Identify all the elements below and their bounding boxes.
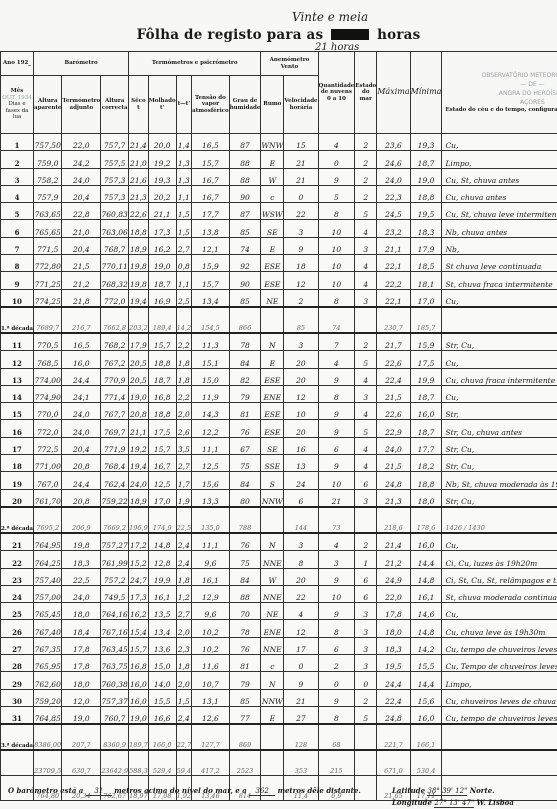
- cell-molh: 16,1: [148, 585, 176, 602]
- cell-alt: 765,65: [34, 220, 62, 237]
- cell-min: 16,0: [410, 533, 442, 551]
- cell-term: 18,4: [62, 620, 101, 637]
- cell-mar: 2: [355, 151, 377, 168]
- observation-cell: Cu,: [442, 385, 557, 402]
- cell-hum: 78: [229, 620, 261, 637]
- cell-diff: 1,8: [176, 655, 191, 672]
- cell-rumo: ESE: [261, 255, 284, 272]
- cell-corr: 760,38: [101, 672, 129, 689]
- cell-molh: 16,8: [148, 385, 176, 402]
- cell-alt: 772,5: [34, 437, 62, 454]
- cell-min: 15,5: [410, 655, 442, 672]
- cell-corr: 771,9: [101, 437, 129, 454]
- cell-diff: 1,8: [176, 351, 191, 368]
- cell-rumo: NNE: [261, 551, 284, 568]
- cell-rumo: WNW: [261, 134, 284, 151]
- cell-term: 20,4: [62, 437, 101, 454]
- cell-alt: 764,95: [34, 533, 62, 551]
- cell-term: 216,7: [62, 307, 101, 333]
- cell-term: 12,0: [62, 689, 101, 706]
- cell-mar: 4: [355, 255, 377, 272]
- cell-diff: 2,7: [176, 603, 191, 620]
- cell-min: 18,7: [410, 385, 442, 402]
- cell-term: 19,8: [62, 533, 101, 551]
- cell-corr: 757,3: [101, 185, 129, 202]
- day-cell: 17: [1, 437, 34, 454]
- cell-vel: 20: [284, 568, 318, 585]
- cell-corr: 770,11: [101, 255, 129, 272]
- cell-corr: 769,7: [101, 420, 129, 437]
- cell-corr: 762,4: [101, 472, 129, 489]
- cell-min: 18,7: [410, 420, 442, 437]
- observation-cell: Cu, chuva antes: [442, 185, 557, 202]
- cell-corr: 761,99: [101, 551, 129, 568]
- cell-tens: 127,7: [192, 724, 230, 750]
- cell-diff: 1,1: [176, 185, 191, 202]
- cell-hum: 85: [229, 220, 261, 237]
- table-row: 29762,6018,0760,3816,014,02,010,779N9002…: [1, 672, 557, 689]
- cell-tens: 15,1: [192, 351, 230, 368]
- observation-cell: Str, Cu,: [442, 437, 557, 454]
- cell-corr: 770,9: [101, 368, 129, 385]
- cell-hum: 77: [229, 706, 261, 724]
- cell-tens: 14,3: [192, 403, 230, 420]
- cell-hum: 81: [229, 403, 261, 420]
- cell-molh: 14,0: [148, 672, 176, 689]
- cell-alt: 7689,7: [34, 307, 62, 333]
- cell-term: 19,0: [62, 706, 101, 724]
- cell-alt: 757,00: [34, 585, 62, 602]
- observation-cell: Cu, chuva leve às 19h30m: [442, 620, 557, 637]
- cell-diff: 2,2: [176, 333, 191, 351]
- cell-diff: 22,7: [176, 724, 191, 750]
- cell-corr: 757,7: [101, 134, 129, 151]
- cell-diff: 1,5: [176, 220, 191, 237]
- cell-tens: 417,2: [192, 750, 230, 776]
- table-row: 15770,024,0767,720,818,82,014,381ESE1094…: [1, 403, 557, 420]
- col-mes: MêsOUT. 1934Dias e fases da lua: [1, 76, 34, 134]
- cell-mar: 5: [355, 203, 377, 220]
- cell-hum: 85: [229, 289, 261, 307]
- cell-corr: 772,0: [101, 289, 129, 307]
- table-row: 14774,9024,1771,419,016,82,211,979ENE128…: [1, 385, 557, 402]
- cell-hum: 90: [229, 185, 261, 202]
- cell-rumo: WSW: [261, 203, 284, 220]
- cell-max: 21,1: [377, 237, 410, 254]
- cell-nuv: 6: [318, 637, 355, 654]
- cell-mar: 6: [355, 568, 377, 585]
- cell-nuv: 0: [318, 151, 355, 168]
- cell-term: 16,0: [62, 351, 101, 368]
- cell-vel: 6: [284, 489, 318, 507]
- cell-mar: [355, 507, 377, 533]
- cell-alt: 767,35: [34, 637, 62, 654]
- cell-tens: 13,4: [192, 289, 230, 307]
- cell-term: 22,0: [62, 134, 101, 151]
- cell-mar: 0: [355, 672, 377, 689]
- observation-cell: Str,: [442, 403, 557, 420]
- cell-mar: 2: [355, 185, 377, 202]
- cell-rumo: [261, 507, 284, 533]
- cell-rumo: E: [261, 351, 284, 368]
- cell-alt: 772,80: [34, 255, 62, 272]
- day-cell: 1: [1, 134, 34, 151]
- cell-tens: 11,3: [192, 333, 230, 351]
- cell-seco: 19,4: [129, 455, 149, 472]
- cell-nuv: 10: [318, 472, 355, 489]
- cell-max: 22,2: [377, 272, 410, 289]
- cell-nuv: 8: [318, 385, 355, 402]
- cell-vel: 17: [284, 637, 318, 654]
- day-cell: 27: [1, 637, 34, 654]
- cell-seco: 22,6: [129, 203, 149, 220]
- table-row: 8772,8021,5770,1119,819,00,815,992ESE181…: [1, 255, 557, 272]
- cell-mar: 3: [355, 655, 377, 672]
- col-observacoes: OBSERVATÓRIO METEOROLÓGICO— DE —ANGRA DO…: [442, 52, 557, 134]
- cell-max: 21,7: [377, 333, 410, 351]
- cell-vel: 9: [284, 237, 318, 254]
- cell-max: 22,9: [377, 420, 410, 437]
- cell-rumo: [261, 724, 284, 750]
- cell-term: 21,0: [62, 220, 101, 237]
- observation-cell: Str, Cu,: [442, 455, 557, 472]
- day-cell: 15: [1, 403, 34, 420]
- cell-rumo: ENE: [261, 620, 284, 637]
- cell-corr: 759,22: [101, 489, 129, 507]
- cell-corr: 763,45: [101, 637, 129, 654]
- cell-min: 166,1: [410, 724, 442, 750]
- table-row: 7771,520,4768,718,916,22,712,174E910321,…: [1, 237, 557, 254]
- cell-corr: 767,2: [101, 351, 129, 368]
- cell-tens: 13,8: [192, 220, 230, 237]
- cell-max: 24,0: [377, 168, 410, 185]
- cell-molh: 18,7: [148, 272, 176, 289]
- cell-diff: 14,2: [176, 307, 191, 333]
- cell-hum: 67: [229, 437, 261, 454]
- observation-cell: Cu, chuveiros leves de chuva: [442, 689, 557, 706]
- cell-hum: 76: [229, 533, 261, 551]
- table-row: 26767,4018,4767,1615,413,42,010,278ENE12…: [1, 620, 557, 637]
- cell-max: 22,0: [377, 585, 410, 602]
- coordinates: Latitude 38° 39' 12" Norte. Longitude 27…: [392, 786, 514, 808]
- cell-nuv: 6: [318, 437, 355, 454]
- cell-nuv: 3: [318, 551, 355, 568]
- observation-cell: Limpo,: [442, 672, 557, 689]
- cell-mar: 3: [355, 637, 377, 654]
- cell-alt: 771,5: [34, 237, 62, 254]
- cell-max: 21,3: [377, 489, 410, 507]
- table-row: 6765,6521,0763,0618,817,31,513,885SE3104…: [1, 220, 557, 237]
- observation-cell: Nb,: [442, 237, 557, 254]
- cell-alt: 23709,5: [34, 750, 62, 776]
- cell-tens: 154,5: [192, 307, 230, 333]
- cell-molh: 18,7: [148, 368, 176, 385]
- cell-mar: 2: [355, 168, 377, 185]
- cell-max: 24,9: [377, 568, 410, 585]
- cell-molh: 166,0: [148, 724, 176, 750]
- cell-term: 16,5: [62, 333, 101, 351]
- cell-diff: 2,5: [176, 289, 191, 307]
- cell-hum: 87: [229, 203, 261, 220]
- cell-alt: 764,25: [34, 551, 62, 568]
- cell-seco: 21,4: [129, 134, 149, 151]
- cell-rumo: NNW: [261, 689, 284, 706]
- cell-nuv: 10: [318, 585, 355, 602]
- register-body: 1757,5022,0757,721,420,01,416,587WNW1542…: [1, 134, 557, 801]
- cell-max: 17,8: [377, 603, 410, 620]
- cell-corr: 768,32: [101, 272, 129, 289]
- day-cell: 20: [1, 489, 34, 507]
- cell-term: 22,8: [62, 203, 101, 220]
- cell-tens: 11,6: [192, 655, 230, 672]
- cell-vel: 20: [284, 351, 318, 368]
- cell-alt: 757,9: [34, 185, 62, 202]
- cell-min: 19,5: [410, 203, 442, 220]
- cell-rumo: N: [261, 333, 284, 351]
- day-cell: 5: [1, 203, 34, 220]
- cell-max: 24,4: [377, 672, 410, 689]
- cell-max: 22,6: [377, 351, 410, 368]
- table-row: 24757,0024,0749,517,316,11,212,988NNE221…: [1, 585, 557, 602]
- cell-corr: 771,4: [101, 385, 129, 402]
- cell-diff: 1,8: [176, 568, 191, 585]
- cell-corr: 767,16: [101, 620, 129, 637]
- col-ano: Ano 192_: [1, 52, 34, 76]
- col-t-diff: t—t': [176, 76, 191, 134]
- cell-term: 24,0: [62, 403, 101, 420]
- cell-tens: 9,6: [192, 551, 230, 568]
- cell-vel: 12: [284, 620, 318, 637]
- redacted-hour: [331, 29, 369, 40]
- cell-diff: 2,6: [176, 420, 191, 437]
- cell-mar: 4: [355, 220, 377, 237]
- cell-diff: 2,0: [176, 620, 191, 637]
- cell-alt: 762,60: [34, 672, 62, 689]
- table-row: 28765,9517,8763,7516,815,01,811,681c0231…: [1, 655, 557, 672]
- cell-hum: 88: [229, 168, 261, 185]
- cell-molh: 13,4: [148, 620, 176, 637]
- cell-alt: 763,65: [34, 203, 62, 220]
- cell-max: 21,2: [377, 551, 410, 568]
- cell-vel: 3: [284, 333, 318, 351]
- col-humidade: Grau de humidade: [229, 76, 261, 134]
- cell-alt: 758,2: [34, 168, 62, 185]
- cell-seco: 18,8: [129, 220, 149, 237]
- table-row: 22764,2518,3761,9915,212,82,49,675NNE831…: [1, 551, 557, 568]
- cell-rumo: ESE: [261, 403, 284, 420]
- cell-term: 20,4: [62, 185, 101, 202]
- cell-hum: 80: [229, 489, 261, 507]
- cell-min: 14,2: [410, 637, 442, 654]
- cell-diff: 2,7: [176, 455, 191, 472]
- cell-rumo: E: [261, 237, 284, 254]
- col-minima: Mínima: [410, 52, 442, 134]
- cell-seco: 19,0: [129, 385, 149, 402]
- cell-nuv: 10: [318, 220, 355, 237]
- cell-molh: 17,5: [148, 420, 176, 437]
- cell-term: 207,7: [62, 724, 101, 750]
- cell-vel: 22: [284, 203, 318, 220]
- cell-mar: 4: [355, 403, 377, 420]
- cell-alt: 765,95: [34, 655, 62, 672]
- cell-alt: 765,45: [34, 603, 62, 620]
- cell-hum: 76: [229, 420, 261, 437]
- cell-mar: [355, 307, 377, 333]
- decade-summary-row: 1.ª década7689,7216,77662,8203,2189,414,…: [1, 307, 557, 333]
- observation-cell: Cu, St, chuva antes: [442, 168, 557, 185]
- cell-rumo: NE: [261, 603, 284, 620]
- cell-max: 21,5: [377, 455, 410, 472]
- cell-corr: 757,37: [101, 689, 129, 706]
- cell-vel: 27: [284, 706, 318, 724]
- cell-min: 14,8: [410, 620, 442, 637]
- cell-seco: 20,5: [129, 351, 149, 368]
- cell-seco: 21,0: [129, 151, 149, 168]
- table-row: 27767,3517,8763,4515,713,62,310,276NNE17…: [1, 637, 557, 654]
- cell-max: 19,5: [377, 655, 410, 672]
- cell-alt: 7695,2: [34, 507, 62, 533]
- cell-seco: 588,3: [129, 750, 149, 776]
- cell-nuv: 0: [318, 672, 355, 689]
- day-cell: 18: [1, 455, 34, 472]
- cell-rumo: ESE: [261, 368, 284, 385]
- observation-cell: Ci, St, Cu, St, relâmpagos e trovoada: [442, 568, 557, 585]
- cell-rumo: N: [261, 533, 284, 551]
- cell-nuv: 9: [318, 168, 355, 185]
- cell-tens: 11,9: [192, 385, 230, 402]
- cell-seco: 16,8: [129, 655, 149, 672]
- observation-cell: Str, Cu,: [442, 333, 557, 351]
- cell-vel: 21: [284, 689, 318, 706]
- cell-rumo: SE: [261, 437, 284, 454]
- cell-vel: 128: [284, 724, 318, 750]
- cell-seco: 24,0: [129, 472, 149, 489]
- cell-vel: 2: [284, 289, 318, 307]
- register-table: Ano 192_ Barómetro Termómetros e psicróm…: [0, 51, 557, 801]
- cell-term: 21,8: [62, 289, 101, 307]
- cell-vel: 9: [284, 672, 318, 689]
- cell-tens: 15,7: [192, 272, 230, 289]
- day-cell: 23: [1, 568, 34, 585]
- cell-min: 16,1: [410, 585, 442, 602]
- cell-alt: 774,25: [34, 289, 62, 307]
- cell-rumo: c: [261, 185, 284, 202]
- cell-tens: 16,1: [192, 568, 230, 585]
- observation-cell: [442, 724, 557, 750]
- cell-rumo: E: [261, 706, 284, 724]
- day-cell: 8: [1, 255, 34, 272]
- cell-vel: 20: [284, 368, 318, 385]
- cell-min: 15,9: [410, 333, 442, 351]
- cell-corr: 763,75: [101, 655, 129, 672]
- observation-cell: Cu,: [442, 289, 557, 307]
- cell-tens: 12,2: [192, 420, 230, 437]
- cell-tens: 16,7: [192, 168, 230, 185]
- cell-molh: 17,3: [148, 220, 176, 237]
- cell-molh: 19,9: [148, 568, 176, 585]
- cell-corr: 757,2: [101, 568, 129, 585]
- cell-alt: 761,70: [34, 489, 62, 507]
- cell-term: 24,4: [62, 368, 101, 385]
- cell-diff: 2,0: [176, 403, 191, 420]
- cell-rumo: c: [261, 655, 284, 672]
- cell-seco: 21,6: [129, 168, 149, 185]
- col-anemometro: AnemómetroVento: [261, 52, 318, 76]
- cell-hum: 869: [229, 724, 261, 750]
- cell-nuv: 7: [318, 333, 355, 351]
- cell-seco: 16,2: [129, 603, 149, 620]
- cell-tens: 10,2: [192, 620, 230, 637]
- cell-tens: 12,1: [192, 237, 230, 254]
- cell-vel: 10: [284, 403, 318, 420]
- cell-term: 17,8: [62, 655, 101, 672]
- cell-molh: 13,5: [148, 603, 176, 620]
- cell-min: 530,4: [410, 750, 442, 776]
- col-seco: Sêco t: [129, 76, 149, 134]
- cell-molh: 15,7: [148, 437, 176, 454]
- day-cell: 3: [1, 168, 34, 185]
- cell-term: 630,7: [62, 750, 101, 776]
- cell-nuv: 9: [318, 403, 355, 420]
- cell-nuv: 9: [318, 455, 355, 472]
- cell-term: 20,4: [62, 237, 101, 254]
- table-row: 23757,4022,5757,224,719,91,816,184W20962…: [1, 568, 557, 585]
- cell-nuv: 8: [318, 706, 355, 724]
- cell-min: 17,0: [410, 289, 442, 307]
- table-row: 12768,516,0767,220,518,81,815,184E204522…: [1, 351, 557, 368]
- cell-hum: 788: [229, 507, 261, 533]
- cell-nuv: 68: [318, 724, 355, 750]
- cell-hum: 87: [229, 134, 261, 151]
- cell-vel: 144: [284, 507, 318, 533]
- cell-seco: 15,4: [129, 620, 149, 637]
- cell-seco: 15,7: [129, 637, 149, 654]
- day-cell: 16: [1, 420, 34, 437]
- cell-max: 24,5: [377, 203, 410, 220]
- cell-term: 24,4: [62, 472, 101, 489]
- table-row: 25765,4518,0764,1616,213,52,79,670NE4931…: [1, 603, 557, 620]
- cell-molh: 12,8: [148, 551, 176, 568]
- cell-seco: 20,8: [129, 403, 149, 420]
- cell-tens: 11,1: [192, 437, 230, 454]
- day-cell: 11: [1, 333, 34, 351]
- cell-corr: 768,2: [101, 333, 129, 351]
- cell-vel: 21: [284, 168, 318, 185]
- col-maxima: Máxima: [377, 52, 410, 134]
- day-cell: 4: [1, 185, 34, 202]
- observation-cell: Cu, tempo de chuveiros leves de chuva: [442, 637, 557, 654]
- cell-max: 22,1: [377, 255, 410, 272]
- cell-max: 22,1: [377, 289, 410, 307]
- cell-hum: 70: [229, 603, 261, 620]
- cell-min: 14,4: [410, 551, 442, 568]
- cell-rumo: NNE: [261, 637, 284, 654]
- cell-vel: 3: [284, 220, 318, 237]
- cell-rumo: S: [261, 472, 284, 489]
- day-cell: 2: [1, 151, 34, 168]
- day-cell: 1.ª década: [1, 307, 34, 333]
- cell-diff: 1,1: [176, 272, 191, 289]
- cell-tens: 16,7: [192, 185, 230, 202]
- decade-summary-row: 23709,5630,723642,9588,3529,459,4417,225…: [1, 750, 557, 776]
- cell-mar: 2: [355, 533, 377, 551]
- cell-rumo: W: [261, 168, 284, 185]
- cell-hum: 75: [229, 455, 261, 472]
- cell-alt: 757,50: [34, 134, 62, 151]
- cell-diff: 2,7: [176, 237, 191, 254]
- observation-cell: Nb, chuva antes: [442, 220, 557, 237]
- cell-hum: 84: [229, 568, 261, 585]
